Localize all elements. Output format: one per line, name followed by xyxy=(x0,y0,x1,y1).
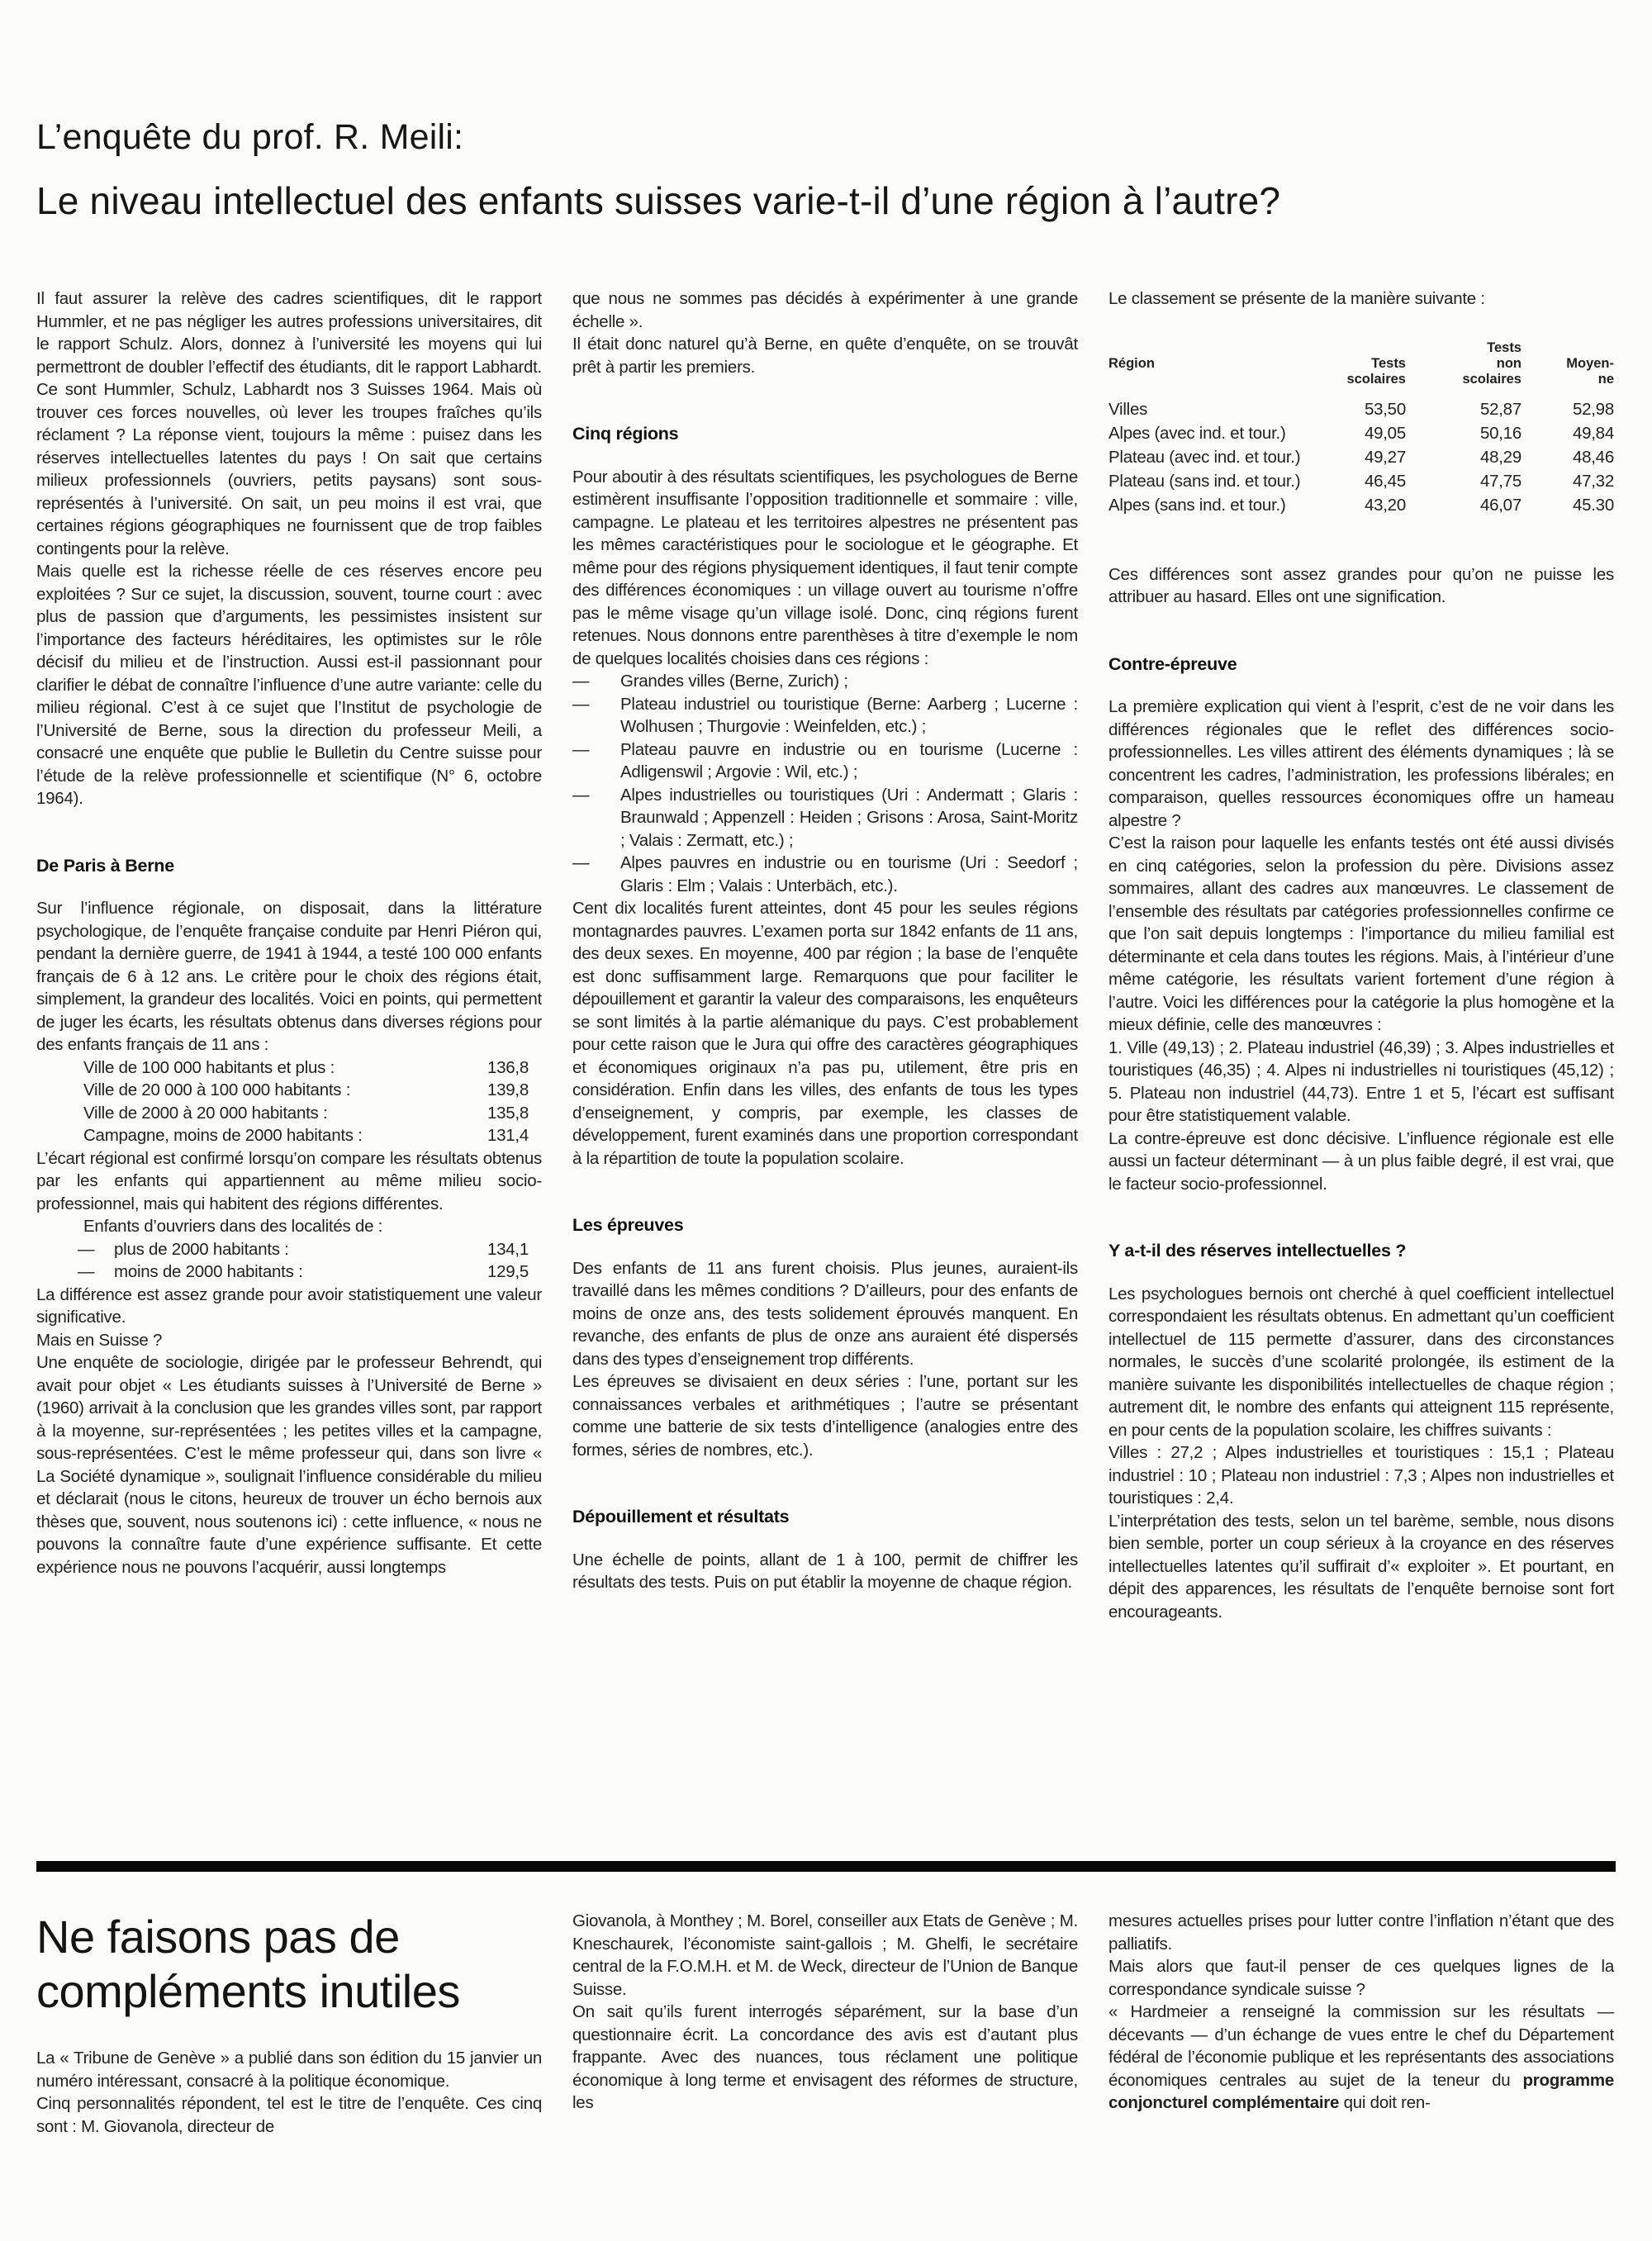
list-item-text: Grandes villes (Berne, Zurich) ; xyxy=(620,670,1078,693)
stat-row: Ville de 100 000 habitants et plus : 136… xyxy=(36,1056,542,1080)
paragraph: Cent dix localités furent atteintes, don… xyxy=(572,897,1078,1170)
article2-body: Ne faisons pas de compléments inutiles L… xyxy=(36,1910,1616,2138)
paragraph: L’écart régional est confirmé lorsqu’on … xyxy=(36,1147,542,1216)
paragraph: Giovanola, à Monthey ; M. Borel, conseil… xyxy=(572,1910,1078,2001)
paragraph: Cinq personnalités répondent, tel est le… xyxy=(36,2092,542,2138)
paragraph: La contre-épreuve est donc décisive. L’i… xyxy=(1108,1128,1614,1196)
table-row: Alpes (avec ind. et tour.) 49,05 50,16 4… xyxy=(1108,421,1614,445)
paragraph: 1. Ville (49,13) ; 2. Plateau industriel… xyxy=(1108,1037,1614,1128)
table-cell: 49,84 xyxy=(1521,421,1614,445)
table-header-cell: Tests scolaires xyxy=(1307,356,1406,387)
stat-row: Ville de 2000 à 20 000 habitants : 135,8 xyxy=(36,1102,542,1125)
stat-value: 136,8 xyxy=(487,1056,529,1080)
list-item-text: Plateau industriel ou touristique (Berne… xyxy=(620,693,1078,738)
stat-value: 129,5 xyxy=(487,1261,529,1284)
article2-headline-line1: Ne faisons pas de xyxy=(36,1911,400,1963)
section-heading-contre-epreuve: Contre-épreuve xyxy=(1108,653,1614,677)
table-row: Plateau (sans ind. et tour.) 46,45 47,75… xyxy=(1108,469,1614,493)
dash-marker: — xyxy=(572,693,620,738)
table-header-line: scolaires xyxy=(1406,372,1521,387)
article1-column-2: que nous ne sommes pas décidés à expérim… xyxy=(572,287,1078,1623)
table-cell: Alpes (avec ind. et tour.) xyxy=(1108,421,1307,445)
paragraph: que nous ne sommes pas décidés à expérim… xyxy=(572,287,1078,333)
paragraph: La « Tribune de Genève » a publié dans s… xyxy=(36,2047,542,2092)
paragraph: Il faut assurer la relève des cadres sci… xyxy=(36,287,542,560)
stat-row: Ville de 20 000 à 100 000 habitants : 13… xyxy=(36,1079,542,1102)
table-body: Villes 53,50 52,87 52,98 Alpes (avec ind… xyxy=(1108,397,1614,517)
table-header-line: non xyxy=(1406,356,1521,372)
paragraph: Villes : 27,2 ; Alpes industrielles et t… xyxy=(1108,1441,1614,1510)
article2-column-2: Giovanola, à Monthey ; M. Borel, conseil… xyxy=(572,1910,1078,2138)
dash-marker: — xyxy=(572,784,620,852)
paragraph-text: qui doit ren- xyxy=(1339,2093,1430,2112)
table-header-cell: Moyen- ne xyxy=(1521,356,1614,387)
table-header-line: Moyen- xyxy=(1521,356,1614,372)
stat-row: Campagne, moins de 2000 habitants : 131,… xyxy=(36,1124,542,1147)
dash-marker: — xyxy=(78,1261,114,1284)
paragraph: Une échelle de points, allant de 1 à 100… xyxy=(572,1549,1078,1594)
paragraph: La première explication qui vient à l’es… xyxy=(1108,696,1614,832)
paragraph: Mais quelle est la richesse réelle de ce… xyxy=(36,560,542,810)
table-cell: 48,29 xyxy=(1406,445,1521,469)
stat-label: Ville de 100 000 habitants et plus : xyxy=(83,1056,335,1080)
stat-label: Ville de 20 000 à 100 000 habitants : xyxy=(83,1079,350,1102)
paragraph: Mais alors que faut-il penser de ces que… xyxy=(1108,1955,1614,2001)
paragraph: Mais en Suisse ? xyxy=(36,1329,542,1352)
dash-marker: — xyxy=(572,852,620,897)
stat-label: Campagne, moins de 2000 habitants : xyxy=(83,1124,363,1147)
paragraph: Une enquête de sociologie, dirigée par l… xyxy=(36,1351,542,1579)
table-row: Alpes (sans ind. et tour.) 43,20 46,07 4… xyxy=(1108,493,1614,517)
stat-intro: Enfants d’ouvriers dans des localités de… xyxy=(36,1215,542,1238)
article-headline: Le niveau intellectuel des enfants suiss… xyxy=(36,178,1616,223)
table-cell: 53,50 xyxy=(1307,397,1406,421)
paragraph: Les épreuves se divisaient en deux série… xyxy=(572,1370,1078,1461)
table-header-line: scolaires xyxy=(1307,372,1406,387)
table-header-line: Tests xyxy=(1307,356,1406,372)
table-cell: 46,07 xyxy=(1406,493,1521,517)
section-divider xyxy=(36,1861,1616,1872)
table-cell: Villes xyxy=(1108,397,1307,421)
section-heading-depouillement: Dépouillement et résultats xyxy=(572,1506,1078,1529)
paragraph: Il était donc naturel qu’à Berne, en quê… xyxy=(572,333,1078,378)
article1-column-1: Il faut assurer la relève des cadres sci… xyxy=(36,287,542,1623)
table-cell: 46,45 xyxy=(1307,469,1406,493)
list-item-text: Plateau pauvre en industrie ou en touris… xyxy=(620,738,1078,784)
paragraph: Pour aboutir à des résultats scientifiqu… xyxy=(572,466,1078,671)
table-header-line: Région xyxy=(1108,356,1307,372)
table-header-row: Région Tests scolaires Tests non scolair… xyxy=(1108,340,1614,387)
list-item: — Grandes villes (Berne, Zurich) ; xyxy=(572,670,1078,693)
table-cell: Alpes (sans ind. et tour.) xyxy=(1108,493,1307,517)
article1-column-3: Le classement se présente de la manière … xyxy=(1108,287,1614,1623)
table-header-cell: Tests non scolaires xyxy=(1406,340,1521,387)
stat-value: 135,8 xyxy=(487,1102,529,1125)
masthead: L’enquête du prof. R. Meili: Le niveau i… xyxy=(36,116,1616,223)
table-cell: 50,16 xyxy=(1406,421,1521,445)
section-heading-de-paris-a-berne: De Paris à Berne xyxy=(36,855,542,878)
dash-marker: — xyxy=(572,738,620,784)
list-item-text: Alpes pauvres en industrie ou en tourism… xyxy=(620,852,1078,897)
list-item: — Alpes industrielles ou touristiques (U… xyxy=(572,784,1078,852)
article2-headline-line2: compléments inutiles xyxy=(36,1965,460,2017)
table-cell: Plateau (sans ind. et tour.) xyxy=(1108,469,1307,493)
table-cell: 45.30 xyxy=(1521,493,1614,517)
list-item: — Alpes pauvres en industrie ou en touri… xyxy=(572,852,1078,897)
dash-marker: — xyxy=(78,1238,114,1261)
section-heading-les-epreuves: Les épreuves xyxy=(572,1214,1078,1237)
table-cell: 49,05 xyxy=(1307,421,1406,445)
table-cell: 43,20 xyxy=(1307,493,1406,517)
article-kicker: L’enquête du prof. R. Meili: xyxy=(36,116,1616,159)
section-heading-cinq-regions: Cinq régions xyxy=(572,423,1078,446)
table-cell: 47,75 xyxy=(1406,469,1521,493)
stat-row: — moins de 2000 habitants : 129,5 xyxy=(36,1261,542,1284)
paragraph: Sur l’influence régionale, on disposait,… xyxy=(36,897,542,1056)
list-item-text: Alpes industrielles ou touristiques (Uri… xyxy=(620,784,1078,852)
section-heading-reserves-intellectuelles: Y a-t-il des réserves intellectuelles ? xyxy=(1108,1240,1614,1263)
table-header-cell: Région xyxy=(1108,356,1307,387)
article1-body: Il faut assurer la relève des cadres sci… xyxy=(36,287,1616,1623)
results-table: Région Tests scolaires Tests non scolair… xyxy=(1108,340,1614,517)
paragraph: Ces différences sont assez grandes pour … xyxy=(1108,563,1614,609)
paragraph: On sait qu’ils furent interrogés séparém… xyxy=(572,2001,1078,2115)
stat-label: Ville de 2000 à 20 000 habitants : xyxy=(83,1102,327,1125)
stat-label: plus de 2000 habitants : xyxy=(114,1238,487,1261)
paragraph: mesures actuelles prises pour lutter con… xyxy=(1108,1910,1614,1955)
paragraph: L’interprétation des tests, selon un tel… xyxy=(1108,1510,1614,1624)
table-cell: 52,98 xyxy=(1521,397,1614,421)
table-cell: 48,46 xyxy=(1521,445,1614,469)
paragraph: Les psychologues bernois ont cherché à q… xyxy=(1108,1283,1614,1442)
paragraph: « Hardmeier a renseigné la commission su… xyxy=(1108,2001,1614,2115)
paragraph: La différence est assez grande pour avoi… xyxy=(36,1284,542,1329)
dash-marker: — xyxy=(572,670,620,693)
stat-value: 139,8 xyxy=(487,1079,529,1102)
stat-row: — plus de 2000 habitants : 134,1 xyxy=(36,1238,542,1261)
table-header-line: Tests xyxy=(1406,340,1521,356)
stat-label: moins de 2000 habitants : xyxy=(114,1261,487,1284)
stat-value: 134,1 xyxy=(487,1238,529,1261)
table-row: Plateau (avec ind. et tour.) 49,27 48,29… xyxy=(1108,445,1614,469)
stat-value: 131,4 xyxy=(487,1124,529,1147)
paragraph: Des enfants de 11 ans furent choisis. Pl… xyxy=(572,1257,1078,1371)
list-item: — Plateau pauvre en industrie ou en tour… xyxy=(572,738,1078,784)
table-cell: 49,27 xyxy=(1307,445,1406,469)
table-header-line: ne xyxy=(1521,372,1614,387)
table-cell: Plateau (avec ind. et tour.) xyxy=(1108,445,1307,469)
list-item: — Plateau industriel ou touristique (Ber… xyxy=(572,693,1078,738)
table-cell: 47,32 xyxy=(1521,469,1614,493)
article2-column-3: mesures actuelles prises pour lutter con… xyxy=(1108,1910,1614,2138)
paragraph: C’est la raison pour laquelle les enfant… xyxy=(1108,832,1614,1037)
newspaper-page: L’enquête du prof. R. Meili: Le niveau i… xyxy=(0,0,1652,2241)
article2-headline: Ne faisons pas de compléments inutiles xyxy=(36,1910,542,2019)
article2-column-1: Ne faisons pas de compléments inutiles L… xyxy=(36,1910,542,2138)
table-row: Villes 53,50 52,87 52,98 xyxy=(1108,397,1614,421)
table-cell: 52,87 xyxy=(1406,397,1521,421)
paragraph: Le classement se présente de la manière … xyxy=(1108,287,1614,311)
